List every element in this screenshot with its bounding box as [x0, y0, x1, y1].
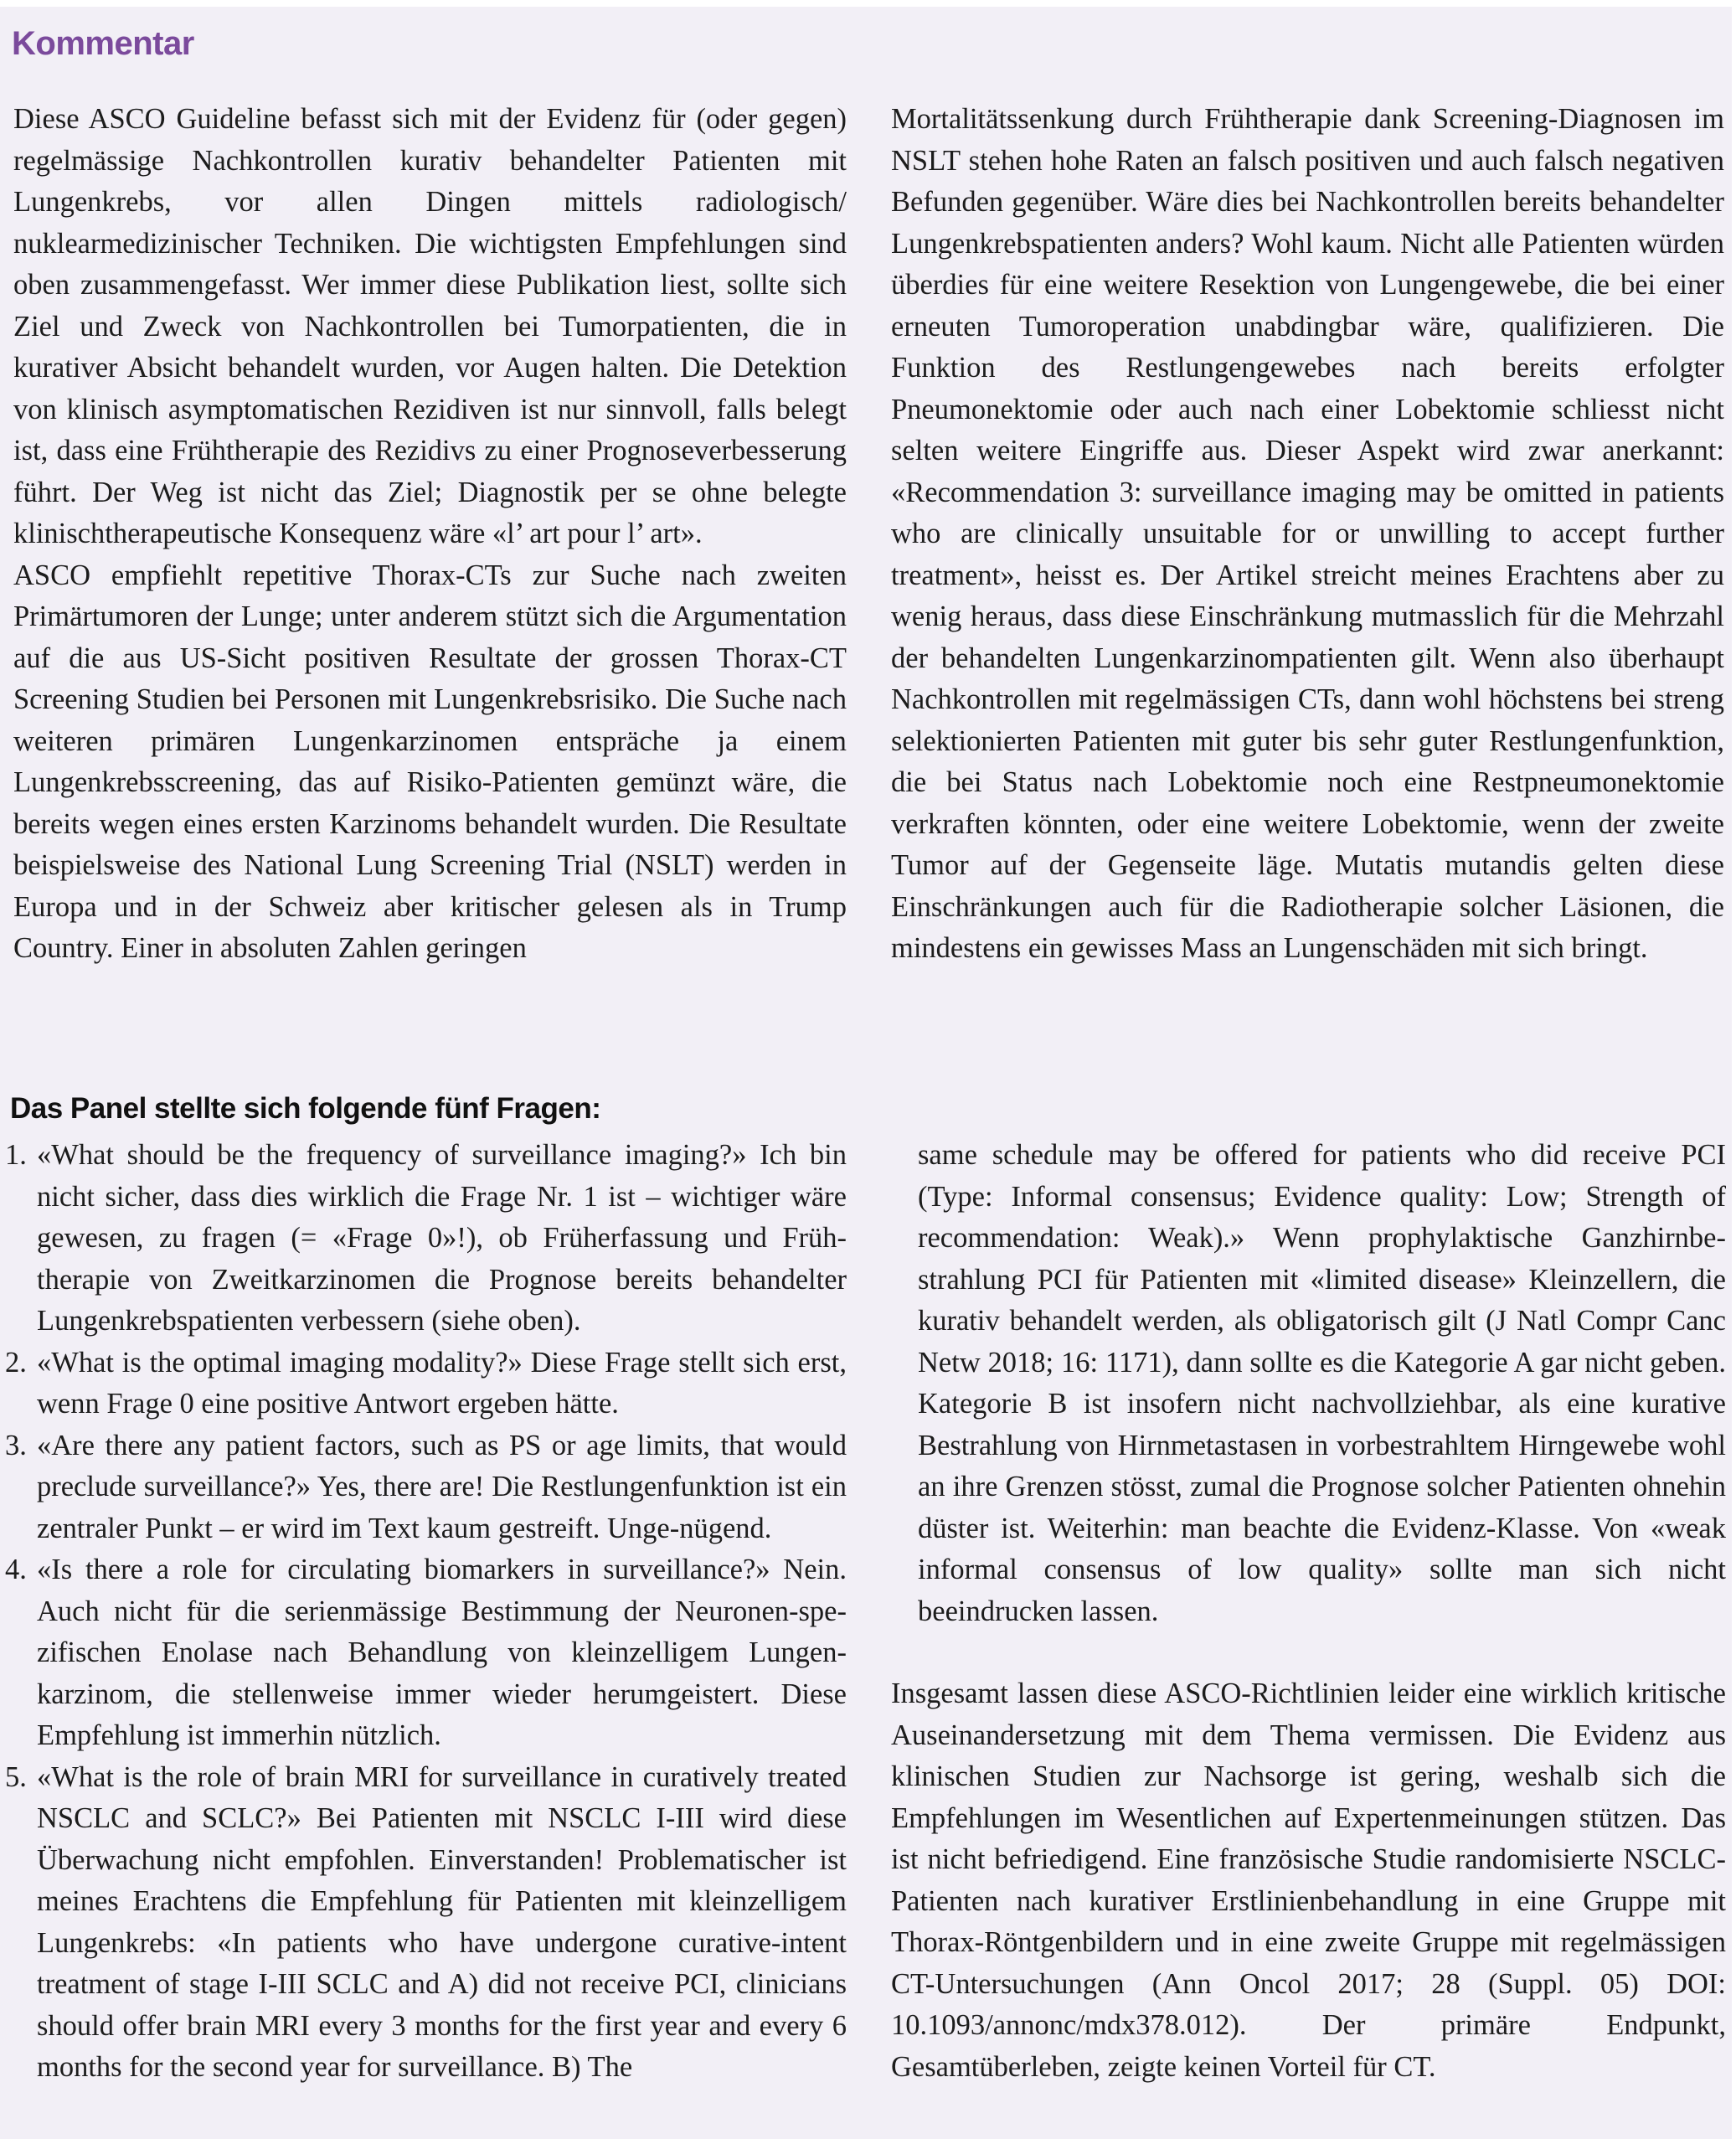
question-item-4: 4. «Is there a role for circulating biom…	[5, 1549, 847, 1757]
intro-paragraph-2: ASCO empfiehlt repetitive Thorax-CTs zur…	[13, 555, 847, 970]
question-text: «Is there a role for circulating biomark…	[37, 1554, 847, 1751]
question-item-3: 3. «Are there any patient factors, such …	[5, 1425, 847, 1550]
intro-paragraph-1: Diese ASCO Guideline befasst sich mit de…	[13, 99, 847, 555]
question-text: «What is the role of brain MRI for surve…	[37, 1761, 847, 2084]
question-number: 2.	[5, 1343, 27, 1384]
question-item-5: 5. «What is the role of brain MRI for su…	[5, 1757, 847, 2089]
question-number: 5.	[5, 1757, 27, 1799]
question-text: «Are there any patient factors, such as …	[37, 1430, 847, 1544]
questions-list: 1. «What should be the frequency of surv…	[5, 1135, 847, 2089]
question-5-continuation: same schedule may be offered for patient…	[918, 1135, 1726, 1632]
question-5-continuation-text: same schedule may be offered for patient…	[918, 1135, 1726, 1632]
intro-paragraph-3: Mortalitätssenkung durch Frühtherapie da…	[891, 99, 1724, 970]
question-number: 4.	[5, 1549, 27, 1591]
questions-heading: Das Panel stellte sich folgende fünf Fra…	[10, 1092, 600, 1126]
question-item-1: 1. «What should be the frequency of surv…	[5, 1135, 847, 1343]
questions-list-column: 1. «What should be the frequency of surv…	[5, 1135, 847, 2089]
article-page: Kommentar Diese ASCO Guideline befasst s…	[0, 7, 1732, 2139]
question-text: «What is the optimal imaging modality?» …	[37, 1347, 847, 1420]
conclusion-paragraph: Insgesamt lassen diese ASCO-Richtlinien …	[891, 1673, 1726, 2088]
intro-right-column: Mortalitätssenkung durch Frühtherapie da…	[891, 99, 1724, 970]
question-number: 1.	[5, 1135, 27, 1177]
question-number: 3.	[5, 1425, 27, 1467]
question-item-2: 2. «What is the optimal imaging modality…	[5, 1343, 847, 1425]
section-heading-kommentar: Kommentar	[12, 25, 194, 63]
conclusion-column: Insgesamt lassen diese ASCO-Richtlinien …	[891, 1673, 1726, 2088]
question-text: «What should be the frequency of surveil…	[37, 1139, 847, 1337]
intro-left-column: Diese ASCO Guideline befasst sich mit de…	[13, 99, 847, 970]
